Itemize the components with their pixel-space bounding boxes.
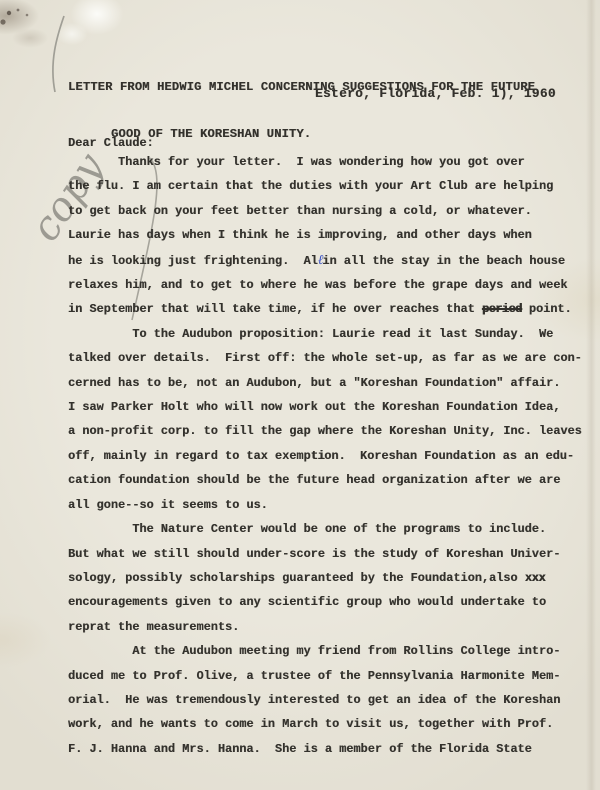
letter-line: he is looking just frightening. Alℓin al…: [68, 248, 590, 273]
letter-line: relaxes him, and to get to where he was …: [68, 273, 590, 297]
letter-line: work, and he wants to come in March to v…: [68, 712, 590, 736]
typed-correction-over: ti: [311, 449, 325, 463]
letter-line: sology, possibly scholarships guaranteed…: [68, 566, 590, 590]
letter-line: the flu. I am certain that the duties wi…: [68, 174, 590, 198]
letter-line: to get back on your feet better than nur…: [68, 199, 590, 223]
letter-page: copy LETTER FROM HEDWIG MICHEL CONCERNIN…: [0, 0, 600, 790]
salutation: Dear Claude:: [68, 136, 154, 150]
letter-line: in September that will take time, if he …: [68, 297, 590, 321]
letter-line: cerned has to be, not an Audubon, but a …: [68, 371, 590, 395]
letter-line: To the Audubon proposition: Laurie read …: [68, 322, 590, 346]
ink-speck: [17, 9, 20, 12]
letter-line: orial. He was tremendously interested to…: [68, 688, 590, 712]
letter-line: talked over details. First off: the whol…: [68, 346, 590, 370]
ink-speck: [0, 19, 5, 24]
letter-line: encouragements given to any scientific g…: [68, 590, 590, 614]
letter-line: The Nature Center would be one of the pr…: [68, 517, 590, 541]
letter-body: Thanks for your letter. I was wondering …: [68, 150, 590, 761]
typed-correction-xout: peried: [482, 302, 522, 316]
letter-line: reprat the measurements.: [68, 615, 590, 639]
ink-speck: [7, 11, 11, 15]
letter-line: a non-profit corp. to fill the gap where…: [68, 419, 590, 443]
letter-line: all gone--so it seems to us.: [68, 493, 590, 517]
pencil-stroke: [53, 16, 64, 92]
letter-line: off, mainly in regard to tax exemption. …: [68, 444, 590, 468]
letter-line: But what we still should under-score is …: [68, 542, 590, 566]
typed-correction-over: xxx: [525, 571, 546, 585]
letter-line: F. J. Hanna and Mrs. Hanna. She is a mem…: [68, 737, 590, 761]
letter-line: I saw Parker Holt who will now work out …: [68, 395, 590, 419]
letter-line: Laurie has days when I think he is impro…: [68, 223, 590, 247]
letter-line: Thanks for your letter. I was wondering …: [68, 150, 590, 174]
dateline: Estero, Florida, Feb. 1), 1960: [315, 87, 556, 101]
letter-line: cation foundation should be the future h…: [68, 468, 590, 492]
letter-line: At the Audubon meeting my friend from Ro…: [68, 639, 590, 663]
letter-line: duced me to Prof. Olive, a trustee of th…: [68, 664, 590, 688]
ink-speck: [26, 14, 29, 17]
